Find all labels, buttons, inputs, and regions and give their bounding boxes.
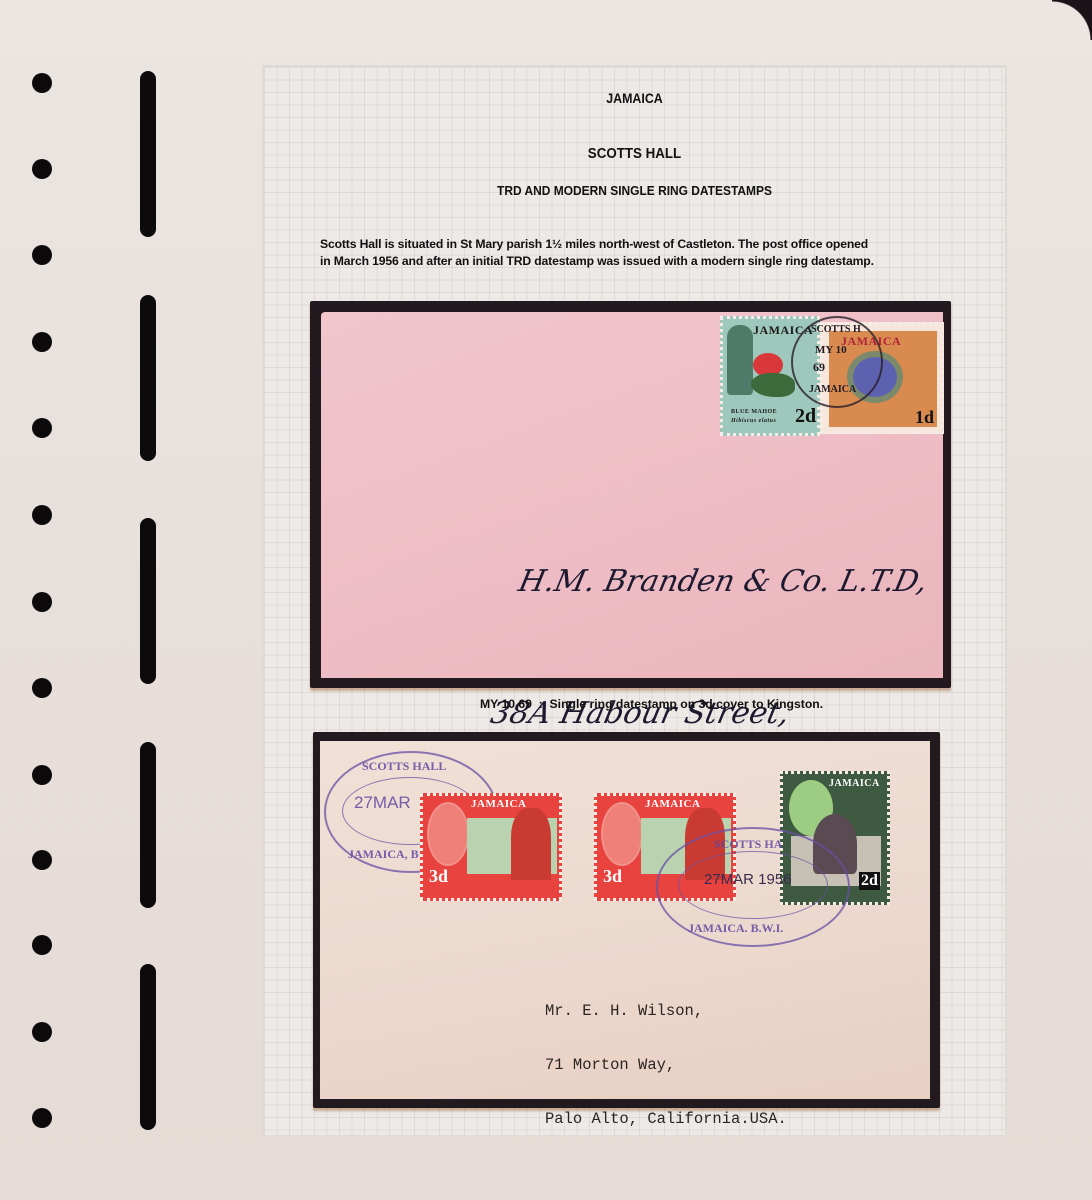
postmark-text: JAMAICA, B	[348, 847, 419, 862]
intro-line: in March 1956 and after an initial TRD d…	[320, 253, 940, 270]
postmark-text: JAMAICA	[809, 384, 856, 395]
tree-icon	[727, 325, 753, 395]
stamp-country: JAMAICA	[471, 798, 526, 810]
binder-slot	[140, 295, 156, 461]
stamp-caption: BLUE MAHOE	[731, 409, 777, 415]
binder-slot	[140, 742, 156, 908]
address-line: Palo Alto, California.USA.	[545, 1110, 787, 1128]
binder-hole	[32, 418, 52, 438]
postmark-text: MY 10	[815, 344, 847, 356]
page-heading: TRD AND MODERN SINGLE RING DATESTAMPS	[292, 183, 977, 198]
binder-hole	[32, 765, 52, 785]
king-portrait-icon	[427, 802, 469, 866]
trd-datestamp-right: SCOTTS HA 27MAR 1956 JAMAICA. B.W.I.	[656, 827, 850, 947]
binder-hole	[32, 505, 52, 525]
binder-hole	[32, 1108, 52, 1128]
stamp-country: JAMAICA	[829, 778, 880, 789]
binder-hole	[32, 332, 52, 352]
stamp-caption: Hibiscus elatus	[731, 418, 776, 424]
king-portrait-icon	[601, 802, 643, 866]
intro-line: Scotts Hall is situated in St Mary paris…	[320, 236, 940, 253]
stamp-value: 2d	[859, 872, 880, 890]
postmark-text: SCOTTS H	[811, 324, 861, 335]
stamp-3d: JAMAICA 3d	[420, 793, 562, 901]
binder-hole	[32, 592, 52, 612]
banana-tree-icon	[511, 808, 551, 880]
binder-hole	[32, 850, 52, 870]
stamp-value: 1d	[915, 407, 934, 428]
address-line: Mr. E. H. Wilson,	[545, 1002, 787, 1020]
page-corner	[1052, 0, 1092, 40]
postmark-text: SCOTTS HA	[714, 837, 782, 852]
intro-text: Scotts Hall is situated in St Mary paris…	[320, 236, 940, 270]
binder-hole	[32, 1022, 52, 1042]
leaves-icon	[751, 373, 795, 397]
postmark-text: 27MAR	[354, 793, 411, 813]
address-line: 71 Morton Way,	[545, 1056, 787, 1074]
cover1-caption: MY 10 69 : Single ring datestamp on 3d c…	[480, 697, 880, 711]
stamp-country: JAMAICA	[645, 798, 700, 810]
binder-slot	[140, 71, 156, 237]
binder-hole	[32, 935, 52, 955]
binder-hole	[32, 159, 52, 179]
cover1-envelope: JAMAICA BLUE MAHOE Hibiscus elatus 2d JA…	[321, 312, 943, 678]
album-page: JAMAICA SCOTTS HALL TRD AND MODERN SINGL…	[0, 0, 1092, 1200]
postmark-text: 69	[813, 360, 825, 375]
postmark-text: 27MAR 1956	[704, 871, 792, 888]
binder-hole	[32, 678, 52, 698]
stamp-value: 2d	[795, 405, 816, 428]
postmark-text: JAMAICA. B.W.I.	[688, 921, 783, 936]
stamp-value: 3d	[603, 866, 622, 887]
binder-hole	[32, 73, 52, 93]
binder-slot	[140, 518, 156, 684]
page-subtitle: SCOTTS HALL	[292, 146, 977, 162]
single-ring-datestamp: SCOTTS H MY 10 69 JAMAICA	[791, 316, 883, 408]
typed-address: Mr. E. H. Wilson, 71 Morton Way, Palo Al…	[545, 966, 787, 1164]
page-title: JAMAICA	[292, 91, 977, 106]
stamp-value: 3d	[429, 866, 448, 887]
cover2-envelope: SCOTTS HALL 27MAR JAMAICA, B JAMAICA 3d …	[320, 741, 930, 1099]
address-line: H.M. Branden & Co. L.T.D,	[514, 560, 931, 604]
binder-hole	[32, 245, 52, 265]
postmark-text: SCOTTS HALL	[362, 759, 446, 774]
binder-slot	[140, 964, 156, 1130]
